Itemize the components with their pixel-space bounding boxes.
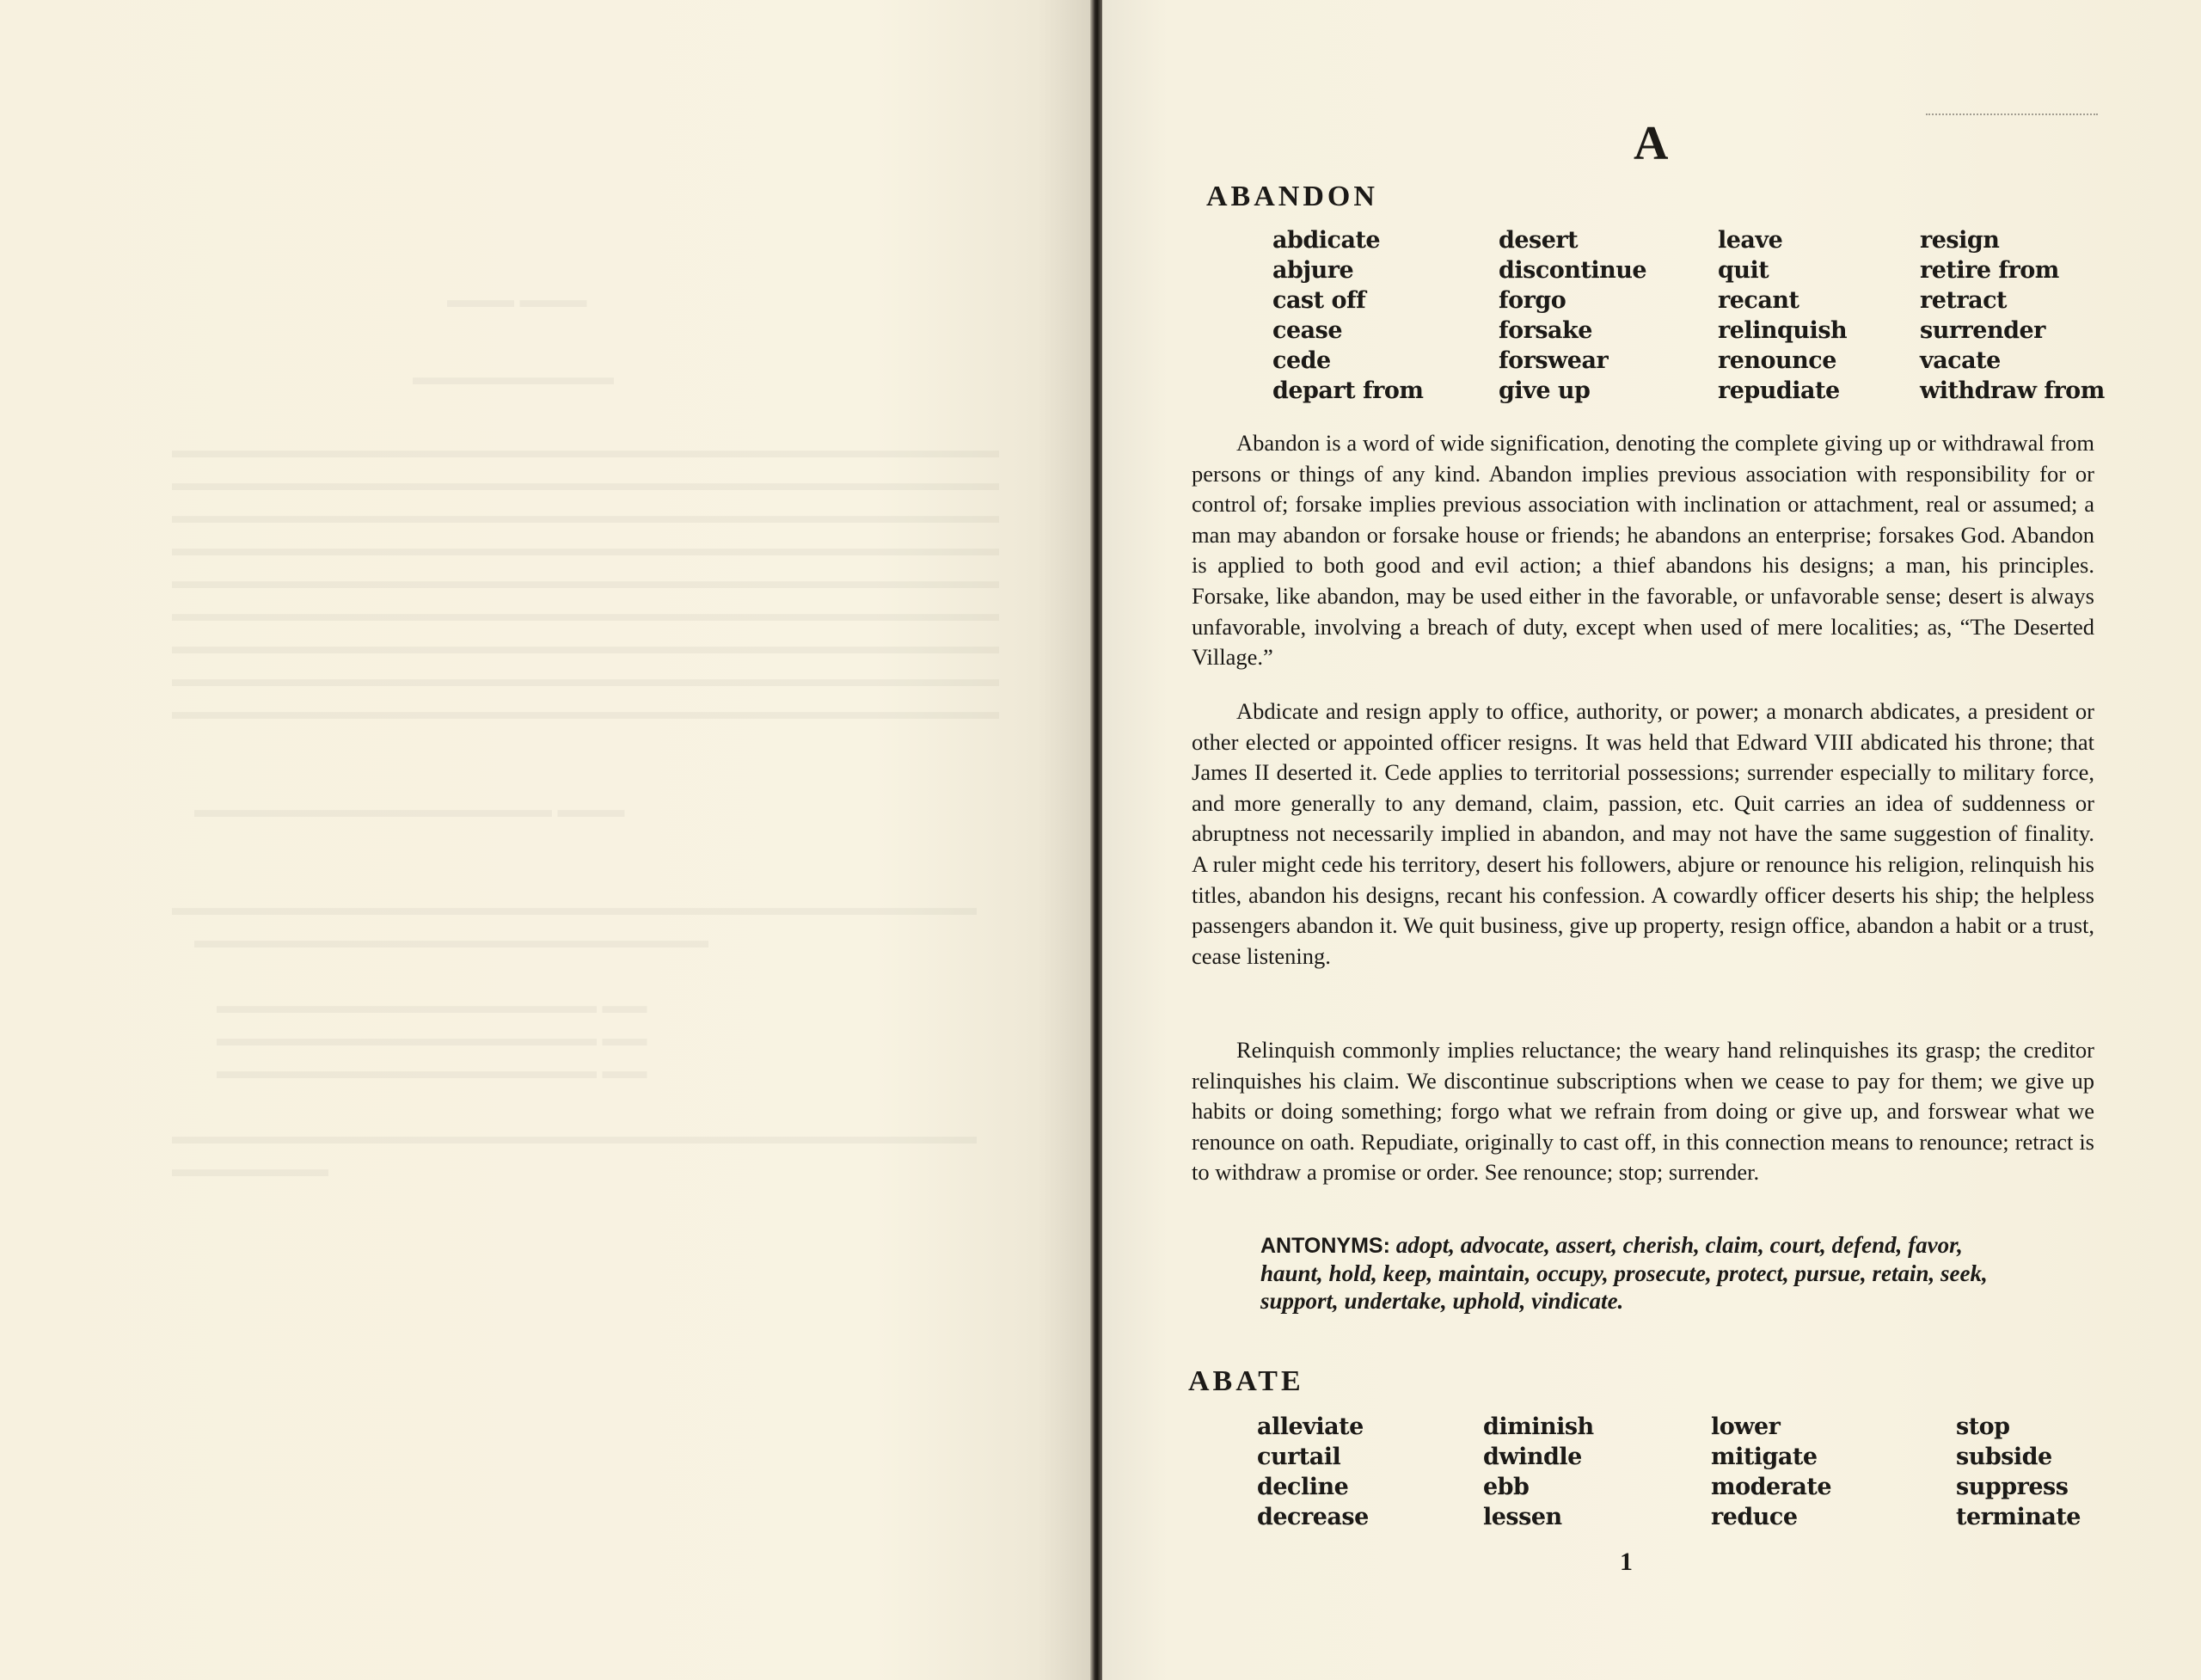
- antonyms-label: ANTONYMS:: [1260, 1234, 1390, 1258]
- synonym: diminish: [1483, 1412, 1711, 1442]
- synonym: recant: [1718, 285, 1920, 316]
- headword-abandon: ABANDON: [1206, 181, 1378, 213]
- synonym: repudiate: [1718, 376, 1920, 406]
- synonym: subside: [1956, 1442, 2111, 1472]
- synonym: cede: [1272, 346, 1499, 376]
- book-spine: [1090, 0, 1102, 1680]
- synonym: cast off: [1272, 285, 1499, 316]
- synonym: depart from: [1272, 376, 1499, 406]
- synonym: give up: [1499, 376, 1718, 406]
- synonym: alleviate: [1257, 1412, 1483, 1442]
- synonym: curtail: [1257, 1442, 1483, 1472]
- synonym: dwindle: [1483, 1442, 1711, 1472]
- synonym: retract: [1920, 285, 2109, 316]
- synonym: reduce: [1711, 1502, 1956, 1532]
- synonym: withdraw from: [1920, 376, 2109, 406]
- synonym: decline: [1257, 1472, 1483, 1502]
- synonym: terminate: [1956, 1502, 2111, 1532]
- synonym: decrease: [1257, 1502, 1483, 1532]
- left-page-blank: ▬▬▬ ▬▬▬ ▬▬▬▬▬▬▬▬▬ ▬▬▬▬▬▬▬▬▬▬▬▬▬▬▬▬▬▬▬▬▬▬…: [0, 0, 1092, 1680]
- definition-paragraph-3: Relinquish commonly implies reluctance; …: [1192, 1035, 2094, 1188]
- synonym: leave: [1718, 225, 1920, 255]
- synonym-list-abate: alleviate diminish lower stop curtail dw…: [1257, 1412, 2111, 1532]
- synonym: moderate: [1711, 1472, 1956, 1502]
- synonym: mitigate: [1711, 1442, 1956, 1472]
- book-spread: ▬▬▬ ▬▬▬ ▬▬▬▬▬▬▬▬▬ ▬▬▬▬▬▬▬▬▬▬▬▬▬▬▬▬▬▬▬▬▬▬…: [0, 0, 2201, 1680]
- synonym: resign: [1920, 225, 2109, 255]
- synonym: retire from: [1920, 255, 2109, 285]
- synonym: suppress: [1956, 1472, 2111, 1502]
- synonym: ebb: [1483, 1472, 1711, 1502]
- synonym: vacate: [1920, 346, 2109, 376]
- headword-abate: ABATE: [1188, 1365, 1304, 1398]
- show-through-text: ▬▬▬▬▬▬▬▬▬▬▬▬▬▬▬▬▬▬▬▬▬▬▬▬▬▬▬▬▬▬▬▬▬▬▬▬▬ ▬▬…: [172, 434, 999, 1186]
- synonym: forswear: [1499, 346, 1718, 376]
- synonym: renounce: [1718, 346, 1920, 376]
- synonym: stop: [1956, 1412, 2111, 1442]
- page-number: 1: [1620, 1548, 1633, 1577]
- definition-paragraph-2: Abdicate and resign apply to office, aut…: [1192, 696, 2094, 972]
- synonym: lower: [1711, 1412, 1956, 1442]
- show-through-text: ▬▬▬ ▬▬▬: [447, 284, 587, 316]
- section-letter: A: [1634, 116, 1668, 171]
- synonym: discontinue: [1499, 255, 1718, 285]
- synonym: quit: [1718, 255, 1920, 285]
- synonym: desert: [1499, 225, 1718, 255]
- synonym: forgo: [1499, 285, 1718, 316]
- synonym: lessen: [1483, 1502, 1711, 1532]
- synonym: cease: [1272, 316, 1499, 346]
- synonym: abdicate: [1272, 225, 1499, 255]
- synonym: surrender: [1920, 316, 2109, 346]
- synonym-list-abandon: abdicate desert leave resign abjure disc…: [1272, 225, 2109, 406]
- antonyms-block: ANTONYMS: adopt, advocate, assert, cheri…: [1260, 1231, 2017, 1315]
- show-through-text: ▬▬▬▬▬▬▬▬▬: [413, 361, 614, 394]
- synonym: abjure: [1272, 255, 1499, 285]
- synonym: forsake: [1499, 316, 1718, 346]
- definition-paragraph-1: Abandon is a word of wide signification,…: [1192, 428, 2094, 673]
- synonym: relinquish: [1718, 316, 1920, 346]
- corner-smudge: [1926, 113, 2098, 122]
